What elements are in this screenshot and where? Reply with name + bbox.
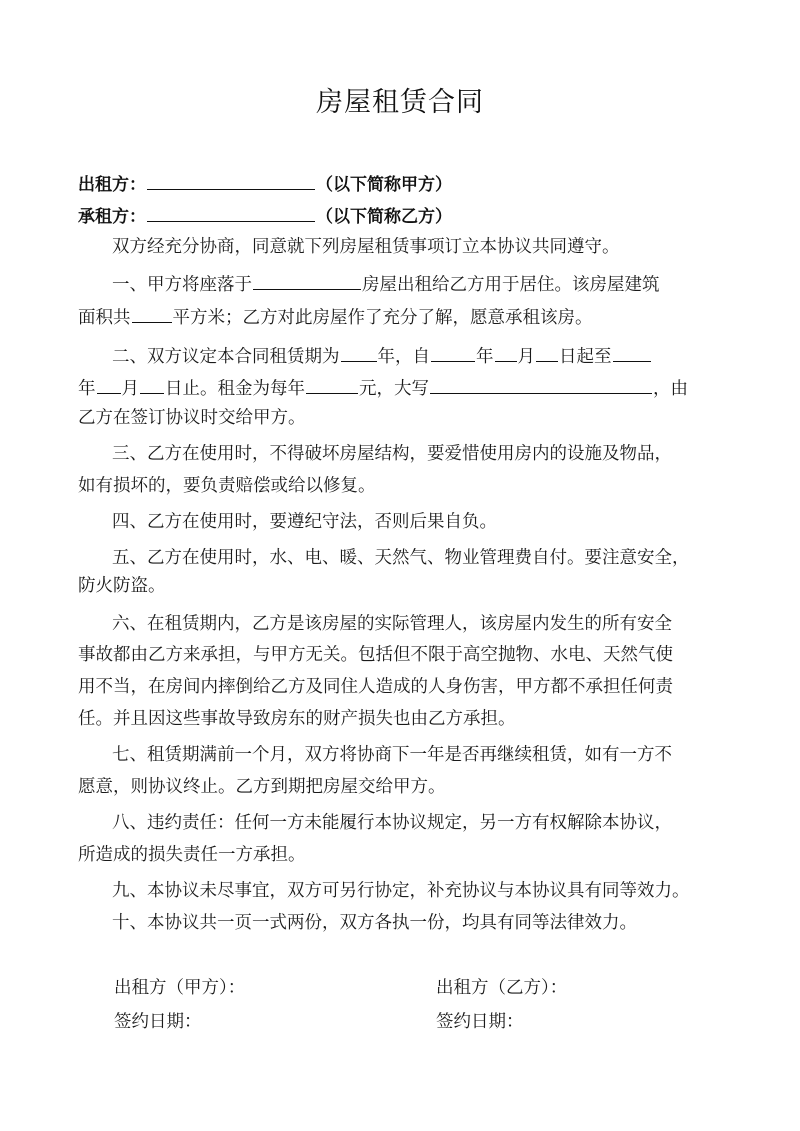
lessor-signing-date-label: 签约日期： bbox=[114, 1010, 202, 1034]
clause-2-line-1: 二、双方议定本合同租赁期为年，自年月日起至 bbox=[112, 342, 652, 369]
end-year-field[interactable] bbox=[613, 342, 651, 362]
clause-1-text: 面积共 bbox=[78, 308, 131, 328]
rent-amount-in-words-field[interactable] bbox=[430, 374, 652, 394]
clause-8-line-1: 八、违约责任：任何一方未能履行本协议规定，另一方有权解除本协议， bbox=[112, 811, 672, 835]
clause-8-line-2: 所造成的损失责任一方承担。 bbox=[78, 843, 306, 867]
start-day-field[interactable] bbox=[536, 342, 558, 362]
lessor-name-field[interactable] bbox=[147, 170, 315, 190]
clause-2-text: ，由 bbox=[653, 379, 688, 399]
floor-area-field[interactable] bbox=[132, 303, 172, 323]
clause-2-line-2: 年月日止。租金为每年元，大写，由 bbox=[78, 374, 688, 401]
clause-2-text: 月 bbox=[122, 379, 140, 399]
clause-1-line-1: 一、甲方将座落于房屋出租给乙方用于居住。该房屋建筑 bbox=[112, 270, 660, 297]
clause-6-line-3: 用不当，在房间内摔倒给乙方及同住人造成的人身伤害，甲方都不承担任何责 bbox=[78, 675, 673, 699]
clause-2-line-3: 乙方在签订协议时交给甲方。 bbox=[78, 406, 306, 430]
document-title: 房屋租赁合同 bbox=[0, 80, 800, 119]
clause-1-text: 一、甲方将座落于 bbox=[112, 275, 252, 295]
clause-2-text: 年 bbox=[78, 379, 96, 399]
clause-6-line-1: 六、在租赁期内，乙方是该房屋的实际管理人，该房屋内发生的所有安全 bbox=[112, 612, 672, 636]
clause-2-text: 年，自 bbox=[378, 347, 431, 367]
property-address-field[interactable] bbox=[253, 270, 361, 290]
lessee-signature-label: 出租方（乙方）： bbox=[436, 976, 567, 1000]
clause-9-line-1: 九、本协议未尽事宜，双方可另行协定，补充协议与本协议具有同等效力。 bbox=[112, 879, 690, 903]
end-month-field[interactable] bbox=[97, 374, 121, 394]
clause-2-text: 年 bbox=[476, 347, 494, 367]
start-month-field[interactable] bbox=[495, 342, 517, 362]
clause-10-line-1: 十、本协议共一页一式两份，双方各执一份，均具有同等法律效力。 bbox=[112, 911, 637, 935]
lessor-label: 出租方： bbox=[78, 175, 146, 195]
clause-7-line-1: 七、租赁期满前一个月，双方将协商下一年是否再继续租赁，如有一方不 bbox=[112, 743, 672, 767]
clause-6-line-4: 任。并且因这些事故导致房东的财产损失也由乙方承担。 bbox=[78, 707, 516, 731]
start-year-field[interactable] bbox=[431, 342, 475, 362]
end-day-field[interactable] bbox=[140, 374, 164, 394]
clause-5-line-2: 防火防盗。 bbox=[78, 574, 166, 598]
clause-3-line-2: 如有损坏的，要负责赔偿或给以修复。 bbox=[78, 474, 376, 498]
lessor-alias-note: （以下简称甲方） bbox=[316, 175, 452, 195]
lessee-label: 承租方： bbox=[78, 207, 146, 227]
contract-page: 房屋租赁合同 出租方：（以下简称甲方） 承租方：（以下简称乙方） 双方经充分协商… bbox=[0, 0, 800, 1131]
clause-2-text: 日起至 bbox=[559, 347, 612, 367]
clause-2-text: 日止。租金为每年 bbox=[165, 379, 305, 399]
lessee-signing-date-label: 签约日期： bbox=[436, 1010, 524, 1034]
lessor-signature-label: 出租方（甲方）： bbox=[114, 976, 245, 1000]
clause-2-text: 月 bbox=[518, 347, 536, 367]
lessee-name-field[interactable] bbox=[147, 202, 315, 222]
clause-2-text: 二、双方议定本合同租赁期为 bbox=[112, 347, 340, 367]
clause-7-line-2: 愿意，则协议终止。乙方到期把房屋交给甲方。 bbox=[78, 775, 446, 799]
clause-6-line-2: 事故都由乙方来承担，与甲方无关。包括但不限于高空抛物、水电、天然气使 bbox=[78, 643, 673, 667]
lessee-line: 承租方：（以下简称乙方） bbox=[78, 202, 452, 229]
lease-term-years-field[interactable] bbox=[341, 342, 377, 362]
annual-rent-amount-field[interactable] bbox=[306, 374, 358, 394]
clause-1-text: 平方米；乙方对此房屋作了充分了解，愿意承租该房。 bbox=[173, 308, 593, 328]
intro-paragraph: 双方经充分协商，同意就下列房屋租赁事项订立本协议共同遵守。 bbox=[112, 235, 620, 259]
clause-4-line-1: 四、乙方在使用时，要遵纪守法，否则后果自负。 bbox=[112, 510, 497, 534]
clause-1-line-2: 面积共平方米；乙方对此房屋作了充分了解，愿意承租该房。 bbox=[78, 303, 593, 330]
lessee-alias-note: （以下简称乙方） bbox=[316, 207, 452, 227]
clause-3-line-1: 三、乙方在使用时，不得破坏房屋结构，要爱惜使用房内的设施及物品， bbox=[112, 442, 672, 466]
clause-1-text: 房屋出租给乙方用于居住。该房屋建筑 bbox=[362, 275, 660, 295]
clause-2-text: 元，大写 bbox=[359, 379, 429, 399]
lessor-line: 出租方：（以下简称甲方） bbox=[78, 170, 452, 197]
clause-5-line-1: 五、乙方在使用时，水、电、暖、天然气、物业管理费自付。要注意安全， bbox=[112, 546, 690, 570]
